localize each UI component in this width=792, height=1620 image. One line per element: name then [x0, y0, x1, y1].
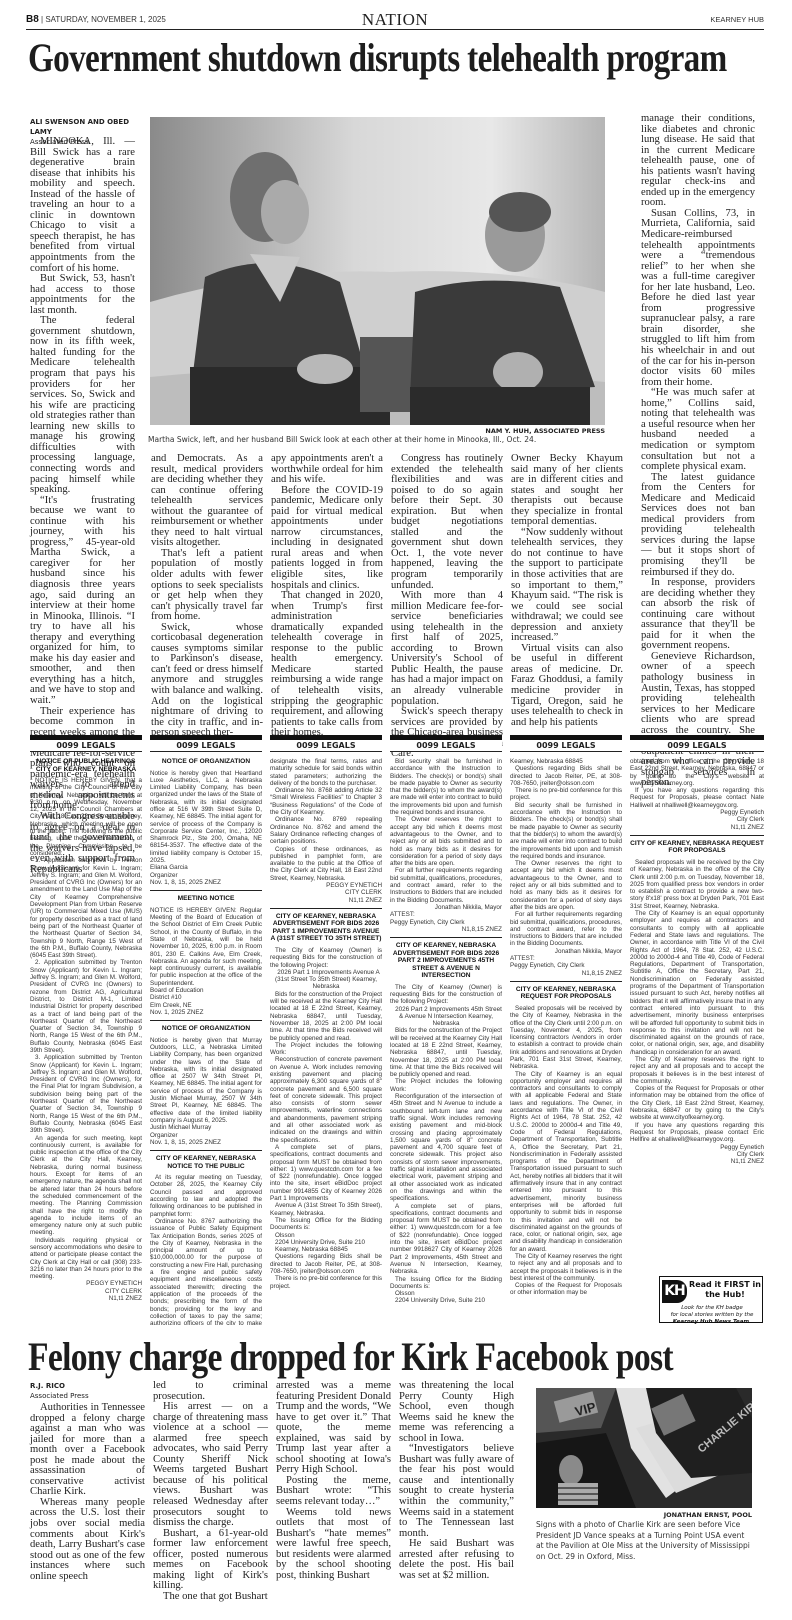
legal-notice-title: MEETING NOTICE: [150, 895, 262, 903]
legals-header: 0099 LEGALS: [30, 735, 142, 752]
story2-photo-credit: JONATHAN ERNST, POOL: [536, 1511, 752, 1519]
story1-column-6: manage their conditions, like diabetes a…: [641, 114, 755, 789]
legals-header: 0099 LEGALS: [630, 735, 764, 752]
legal-paragraph: Notice is hereby given that Heartland Lu…: [150, 770, 262, 865]
legal-notice-title: NOTICE OF ORGANIZATION: [150, 1025, 262, 1033]
legal-signature: CITY CLERK: [30, 1288, 142, 1295]
paragraph: Swick, whose corticobasal degeneration c…: [151, 623, 263, 739]
paragraph: Owner Becky Khayum said many of her clie…: [511, 454, 623, 528]
paragraph: His arrest — on a charge of threatening …: [153, 1402, 268, 1529]
legal-signature: Nov. 1, 8, 15, 2025 ZNEZ: [150, 1139, 262, 1146]
paragraph: “It's frustrating because we want to con…: [30, 496, 135, 707]
legal-paragraph: The City of Kearney is an equal opportun…: [510, 1071, 622, 1253]
page-masthead: B8 | SATURDAY, NOVEMBER 1, 2025 NATION K…: [26, 10, 764, 30]
legal-signature: PEGGY EYNETICH: [270, 882, 382, 889]
legal-attest: Peggy Eynetich, City Clerk: [390, 919, 502, 926]
legal-divider: [630, 835, 764, 836]
legal-divider: [150, 1150, 262, 1151]
story2-byline-authors: R.J. RICO: [30, 1381, 145, 1391]
story2-headline: Felony charge dropped for Kirk Facebook …: [28, 1333, 673, 1380]
legal-paragraph: The City of Kearney (Owner) is requestin…: [270, 947, 382, 969]
paragraph: That's left a patient population of most…: [151, 549, 263, 623]
legal-divider: [270, 908, 382, 909]
story1-column-3: apy appointments aren't a worthwhile ord…: [271, 454, 383, 739]
legal-attest: ATTEST:: [510, 955, 622, 962]
legal-signature: City Clerk: [630, 816, 764, 823]
legal-paragraph: The Project includes the following Work:: [390, 1078, 502, 1093]
legal-paragraph: Avenue A (31st Street To 35th Street), K…: [270, 1202, 382, 1217]
legal-paragraph: Bids for the construction of the Project…: [390, 1027, 502, 1078]
legal-paragraph: Sealed proposals will be received by the…: [510, 1005, 622, 1071]
story1-photo: [150, 117, 605, 425]
legal-paragraph: An agenda for such meeting, kept continu…: [30, 1135, 142, 1237]
couple-photo-image: [150, 117, 605, 425]
story1-photo-credit: NAM Y. HUH, ASSOCIATED PRESS: [420, 427, 605, 435]
kearney-hub-promo-ad[interactable]: KH Read it FIRST in the Hub! Look for th…: [659, 1276, 763, 1323]
story2-column-3: arrested was a meme featuring President …: [276, 1381, 391, 1581]
legals-column-1: 0099 LEGALS NOTICE OF PUBLIC HEARINGS CI…: [30, 735, 142, 1325]
legal-paragraph: For all further requirements regarding b…: [390, 867, 502, 903]
legal-paragraph: If you have any questions regarding this…: [630, 1122, 764, 1144]
legal-paragraph: Bid security shall be furnished in accor…: [510, 802, 622, 860]
section-name: NATION: [26, 10, 764, 30]
legal-signature: N1,t1 ZNEZ: [630, 824, 764, 831]
legal-paragraph: Copies of these ordinances, as published…: [270, 846, 382, 882]
paragraph: MINOOKA, Ill. — Bill Swick has a rare de…: [30, 137, 135, 274]
paragraph: “Investigators believe Bushart was fully…: [399, 1444, 514, 1539]
paragraph: Weems told news outlets that most of Bus…: [276, 1508, 391, 1582]
paragraph: apy appointments aren't a worthwhile ord…: [271, 454, 383, 486]
story2-column-1: Authorities in Tennessee dropped a felon…: [30, 1403, 145, 1582]
paragraph: manage their conditions, like diabetes a…: [641, 114, 755, 209]
legal-attest: ATTEST:: [390, 911, 502, 918]
legal-signature: Justin Michael Murray: [150, 1124, 262, 1131]
legal-signature: Board of Education: [150, 987, 262, 994]
legal-signature: N1,t1 ZNEZ: [270, 897, 382, 904]
paragraph: and Democrats. As a result, medical prov…: [151, 454, 263, 549]
paragraph: With more than 4 million Medicare fee-fo…: [391, 591, 503, 707]
paragraph: arrested was a meme featuring President …: [276, 1381, 391, 1476]
legal-paragraph: 3. Application submitted by Trenton Snow…: [30, 1054, 142, 1134]
paragraph: “He was much safer at home,” Collins sai…: [641, 388, 755, 472]
paragraph: The federal government shutdown, now in …: [30, 316, 135, 495]
legal-divider: [150, 1020, 262, 1021]
legals-column-4: 0099 LEGALS Bid security shall be furnis…: [390, 735, 502, 1325]
legal-signature: Jonathan Nikkila, Mayor: [390, 904, 502, 911]
paragraph: Whereas many people across the U.S. lost…: [30, 1498, 145, 1582]
paragraph: “Now suddenly without telehealth service…: [511, 528, 623, 644]
legal-signature: N1,t1 ZNEZ: [30, 1295, 142, 1302]
legal-signature: Peggy Eynetich: [630, 1144, 764, 1151]
legal-signature: Eliana Garcia: [150, 864, 262, 871]
story2-column-2: led to criminal prosecution. His arrest …: [153, 1381, 268, 1602]
legal-paragraph: The Issuing Office for the Bidding Docum…: [270, 1217, 382, 1232]
paragraph: He said Bushart was arrested after refus…: [399, 1539, 514, 1581]
legal-paragraph: Copies of the Request for Proposals or o…: [630, 1085, 764, 1121]
legal-paragraph: 2026 Part 1 Improvements Avenue A (31st …: [270, 969, 382, 991]
legal-notice-title: CITY OF KEARNEY, NEBRASKA REQUEST FOR PR…: [510, 986, 622, 1001]
legal-signature: District #10: [150, 994, 262, 1001]
legal-paragraph: A complete set of plans, specifications,…: [390, 1203, 502, 1276]
promo-text: Look for the KH badge for local stories …: [662, 1305, 762, 1326]
legal-paragraph: 2204 University Drive, Suite 210: [390, 1297, 502, 1304]
legal-paragraph: Olsson: [270, 1232, 382, 1239]
paragraph: But Swick, 53, hasn't had access to thos…: [30, 274, 135, 316]
paragraph: Posting the meme, Bushart wrote: “This s…: [276, 1476, 391, 1508]
legal-paragraph: The City of Kearney is an equal opportun…: [630, 910, 764, 1056]
kh-badge-logo: KH: [662, 1280, 687, 1303]
legal-paragraph: Ordinance No. 8767 authorizing the issua…: [150, 1218, 262, 1325]
legal-paragraph: The City of Kearney reserves the right t…: [630, 1056, 764, 1085]
paragraph: Before the COVID-19 pandemic, Medicare o…: [271, 486, 383, 591]
legal-signature: Elm Creek, NE: [150, 1002, 262, 1009]
paragraph: was threatening the local Perry County H…: [399, 1381, 514, 1444]
legal-attest: Peggy Eynetich, City Clerk: [510, 962, 622, 969]
story2-column-4: was threatening the local Perry County H…: [399, 1381, 514, 1581]
paragraph: Virtual visits can also be useful in dif…: [511, 644, 623, 728]
story1-photo-caption: Martha Swick, left, and her husband Bill…: [148, 435, 608, 446]
legal-paragraph: Kearney, Nebraska 68845: [270, 1246, 382, 1253]
legal-paragraph: 1. Application submitted by Trenton Snow…: [30, 857, 142, 959]
legal-paragraph: For all further requirements regarding b…: [510, 911, 622, 947]
legal-paragraph: Questions regarding Bids shall be direct…: [270, 1253, 382, 1275]
story2-byline: R.J. RICO Associated Press: [30, 1381, 145, 1401]
legals-column-6: 0099 LEGALS obtained from the office of …: [630, 735, 764, 1275]
legal-paragraph: The Owner reserves the right to accept a…: [390, 816, 502, 867]
legals-header: 0099 LEGALS: [390, 735, 502, 752]
story1-column-2: and Democrats. As a result, medical prov…: [151, 454, 263, 739]
legal-divider: [150, 890, 262, 891]
legal-paragraph: Reconfiguration of the intersection of 4…: [390, 1093, 502, 1202]
legal-signature: Organizer: [150, 872, 262, 879]
legal-paragraph: 2026 Part 2 Improvements 45th Street & A…: [390, 1006, 502, 1028]
newspaper-name: KEARNEY HUB: [710, 15, 764, 24]
legal-paragraph: Olsson: [390, 1290, 502, 1297]
story1-column-5: Owner Becky Khayum said many of her clie…: [511, 454, 623, 728]
legal-paragraph: The City of Kearney reserves the right t…: [510, 1253, 622, 1282]
legal-signature: Nov. 1, 2025 ZNEZ: [150, 1009, 262, 1016]
story2-photo-caption: Signs with a photo of Charlie Kirk are s…: [536, 1520, 754, 1562]
paragraph: Bushart, a 61-year-old former law enforc…: [153, 1529, 268, 1592]
legal-divider: [510, 981, 622, 982]
charlie-kirk-signs-photo-image: VIP CHARLIE KIRK: [536, 1388, 752, 1508]
paragraph: The one that got Bushart: [153, 1592, 268, 1603]
paragraph: Congress has routinely extended the tele…: [391, 454, 503, 591]
legal-signature: Peggy Eynetich: [630, 809, 764, 816]
legals-column-2: 0099 LEGALS NOTICE OF ORGANIZATION Notic…: [150, 735, 262, 1325]
story2-photo: VIP CHARLIE KIRK: [536, 1388, 752, 1508]
legal-paragraph: Ordinance No. 8768 adding Article 32 “Sm…: [270, 787, 382, 816]
legal-notice-title: NOTICE OF ORGANIZATION: [150, 758, 262, 766]
legal-signature: CITY CLERK: [270, 889, 382, 896]
story2-byline-org: Associated Press: [30, 1391, 145, 1401]
legal-paragraph: If you have any questions regarding this…: [630, 787, 764, 809]
story1-byline-authors: ALI SWENSON AND OBED LAMY: [30, 117, 135, 137]
legal-paragraph: NOTICE IS HEREBY GIVEN, that a meeting o…: [30, 777, 142, 857]
legal-divider: [390, 937, 502, 938]
legals-header: 0099 LEGALS: [270, 735, 382, 752]
paragraph: Susan Collins, 73, in Murrieta, Californ…: [641, 209, 755, 388]
legal-notice-title: CITY OF KEARNEY, NEBRASKA ADVERTISEMENT …: [270, 913, 382, 943]
legal-paragraph: At its regular meeting on Tuesday, Octob…: [150, 1174, 262, 1218]
legal-paragraph: The Project includes the following Work:: [270, 1042, 382, 1057]
legal-paragraph: Copies of the Request for Proposals or o…: [510, 1282, 622, 1297]
legal-paragraph: Reconstruction of concrete pavement on A…: [270, 1056, 382, 1144]
legal-signature: N1,t1 ZNEZ: [630, 1158, 764, 1165]
paragraph: Authorities in Tennessee dropped a felon…: [30, 1403, 145, 1498]
legal-paragraph: 2. Application submitted by Trenton Snow…: [30, 959, 142, 1054]
promo-text-line: Kearney Hub News Team.: [662, 1319, 762, 1326]
legal-paragraph: The City of Kearney (Owner) is requestin…: [390, 984, 502, 1006]
promo-text-line: for local stories written by the: [662, 1312, 762, 1319]
legal-signature: PEGGY EYNETICH: [30, 1280, 142, 1287]
legal-notice-title: CITY OF KEARNEY, NEBRASKA ADVERTISEMENT …: [390, 942, 502, 980]
legals-header: 0099 LEGALS: [510, 735, 622, 752]
legal-paragraph: There is no pre-bid conference for this …: [510, 787, 622, 802]
legal-signature: Nov. 1, 8, 15, 2025 ZNEZ: [150, 879, 262, 886]
story1-column-4: Congress has routinely extended the tele…: [391, 454, 503, 760]
legal-paragraph: Notice is hereby given that Murray Outdo…: [150, 1037, 262, 1125]
paragraph: In response, providers are deciding whet…: [641, 578, 755, 652]
paragraph: That changed in 2020, when Trump's first…: [271, 591, 383, 739]
legal-paragraph: Individuals requiring physical or sensor…: [30, 1237, 142, 1281]
promo-text-line: Look for the KH badge: [662, 1305, 762, 1312]
legal-paragraph: Sealed proposals will be received by the…: [630, 859, 764, 910]
legal-paragraph: The Owner reserves the right to accept a…: [510, 860, 622, 911]
legal-paragraph: Bid security shall be furnished in accor…: [390, 758, 502, 816]
legal-paragraph: Questions regarding Bids shall be direct…: [510, 765, 622, 787]
paragraph: led to criminal prosecution.: [153, 1381, 268, 1402]
legal-paragraph: Bids for the construction of the Project…: [270, 991, 382, 1042]
legal-signature: City Clerk: [630, 1151, 764, 1158]
legal-notice-title: CITY OF KEARNEY, NEBRASKA REQUEST FOR PR…: [630, 840, 764, 855]
legals-column-5: 0099 LEGALS Kearney, Nebraska 68845 Ques…: [510, 735, 622, 1325]
paragraph: The latest guidance from the Centers for…: [641, 473, 755, 578]
legals-header: 0099 LEGALS: [150, 735, 262, 752]
legal-paragraph: NOTICE IS HEREBY GIVEN: Regular Meeting …: [150, 907, 262, 987]
legal-paragraph: designate the final terms, rates and mat…: [270, 758, 382, 787]
legal-paragraph: Ordinance No. 8769 repealing Ordinance N…: [270, 816, 382, 845]
legal-run-tag: N1,8,15 ZNEZ: [510, 970, 622, 977]
legal-notice-title: CITY OF KEARNEY, NEBRASKA NOTICE TO THE …: [150, 1155, 262, 1170]
legal-run-tag: N1,8,15 ZNEZ: [390, 926, 502, 933]
legal-paragraph: The Issuing Office for the Bidding Docum…: [390, 1276, 502, 1291]
story1-headline: Government shutdown disrupts telehealth …: [28, 34, 727, 81]
legal-paragraph: 2204 University Drive, Suite 210: [270, 1239, 382, 1246]
legal-paragraph: There is no pre-bid conference for this …: [270, 1275, 382, 1290]
promo-title: Read it FIRST in the Hub!: [688, 1280, 762, 1299]
legal-paragraph: obtained from the office of the City Cle…: [630, 758, 764, 787]
legal-paragraph: Kearney, Nebraska 68845: [510, 758, 622, 765]
legal-signature: Jonathan Nikkila, Mayor: [510, 948, 622, 955]
legal-signature: Organizer: [150, 1132, 262, 1139]
legal-notice-title: NOTICE OF PUBLIC HEARINGS CITY OF KEARNE…: [30, 758, 142, 773]
legals-column-3: 0099 LEGALS designate the final terms, r…: [270, 735, 382, 1325]
legal-paragraph: A complete set of plans, specifications,…: [270, 1144, 382, 1202]
